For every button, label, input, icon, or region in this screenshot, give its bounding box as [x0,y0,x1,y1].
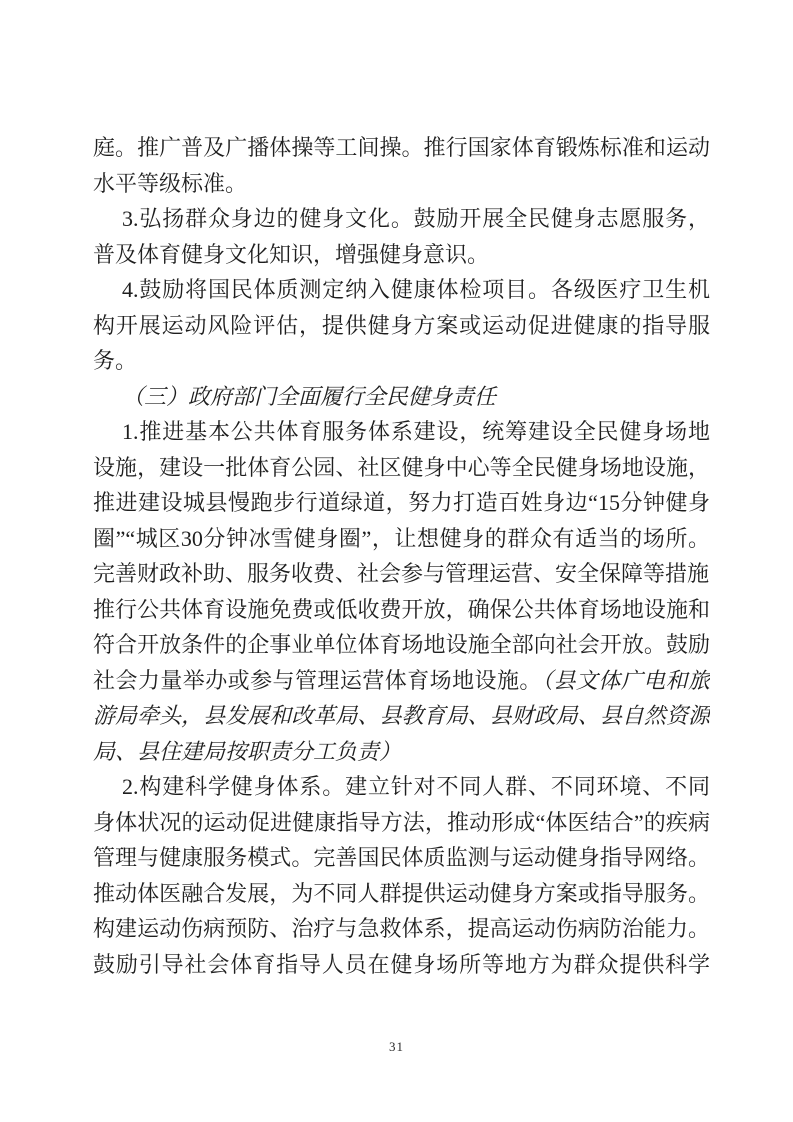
text-line: 1.推进基本公共体育服务体系建设，统筹建设全民健身场地 [93,414,710,450]
text-line: 设施，建设一批体育公园、社区健身中心等全民健身场地设施， [93,450,710,486]
text-line: 完善财政补助、服务收费、社会参与管理运营、安全保障等措施， [93,556,710,592]
text-line: 2.构建科学健身体系。建立针对不同人群、不同环境、不同 [93,769,710,805]
section-heading: （三）政府部门全面履行全民健身责任 [93,379,710,415]
text-line: 3.弘扬群众身边的健身文化。鼓励开展全民健身志愿服务， [93,201,710,237]
text-line: 水平等级标准。 [93,166,710,202]
text-line: 务。 [93,343,710,379]
text-segment-song: 社会力量举办或参与管理运营体育场地设施。 [93,668,542,693]
document-body: 庭。推广普及广播体操等工间操。推行国家体育锻炼标准和运动 水平等级标准。 3.弘… [93,130,710,982]
text-line: 社会力量举办或参与管理运营体育场地设施。（县文体广电和旅 [93,663,710,699]
text-line: 构建运动伤病预防、治疗与急救体系，提高运动伤病防治能力。 [93,911,710,947]
text-line: 4.鼓励将国民体质测定纳入健康体检项目。各级医疗卫生机 [93,272,710,308]
page-number: 31 [0,1039,793,1055]
text-line: 推进建设城县慢跑步行道绿道，努力打造百姓身边“15分钟健身 [93,485,710,521]
text-line: 普及体育健身文化知识，增强健身意识。 [93,237,710,273]
text-line: 鼓励引导社会体育指导人员在健身场所等地方为群众提供科学 [93,947,710,983]
text-line: 游局牵头，县发展和改革局、县教育局、县财政局、县自然资源 [93,698,710,734]
text-line: 推动体医融合发展，为不同人群提供运动健身方案或指导服务。 [93,876,710,912]
text-line: 身体状况的运动促进健康指导方法，推动形成“体医结合”的疾病 [93,805,710,841]
text-line: 构开展运动风险评估，提供健身方案或运动促进健康的指导服 [93,308,710,344]
text-line: 管理与健康服务模式。完善国民体质监测与运动健身指导网络。 [93,840,710,876]
document-page: 庭。推广普及广播体操等工间操。推行国家体育锻炼标准和运动 水平等级标准。 3.弘… [0,0,793,1122]
text-line: 符合开放条件的企事业单位体育场地设施全部向社会开放。鼓励 [93,627,710,663]
text-line: 圈”“城区30分钟冰雪健身圈”，让想健身的群众有适当的场所。 [93,521,710,557]
text-segment-kai: （县文体广电和旅 [542,668,710,693]
text-line: 庭。推广普及广播体操等工间操。推行国家体育锻炼标准和运动 [93,130,710,166]
text-line: 局、县住建局按职责分工负责） [93,734,710,770]
text-line: 推行公共体育设施免费或低收费开放，确保公共体育场地设施和 [93,592,710,628]
